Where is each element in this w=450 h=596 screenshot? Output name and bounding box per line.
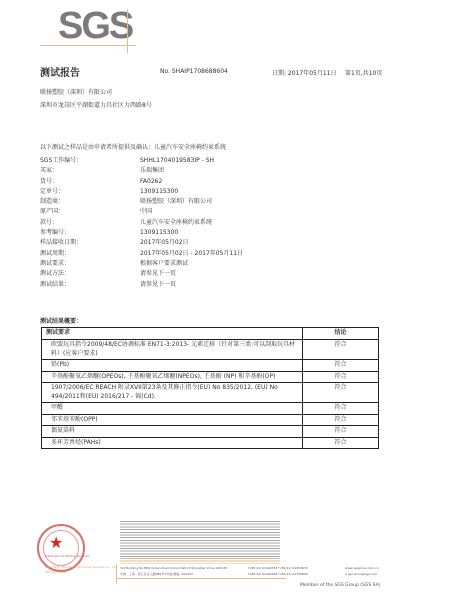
info-label: 原产国： (40, 207, 140, 217)
page-indicator: 第1页,共10页 (345, 68, 382, 77)
info-label: 货号： (40, 177, 140, 187)
info-value: 联扬塑胶（深圳）有限公司 (140, 197, 420, 207)
info-value: 请参见下一页 (140, 269, 420, 279)
applicant-address: 深圳市龙岗区平湖街道力昌社区力西路8号 (40, 100, 152, 109)
footer-phone-en: t (86-21) 61402553 f (86-21) 64953679 (248, 566, 308, 570)
conclusion-cell: 符合 (303, 414, 379, 426)
conclusion-cell: 符合 (303, 437, 379, 449)
info-value: 乐瑞集团 (140, 166, 420, 176)
info-label: 款号： (40, 218, 140, 228)
seal-caption-line2: Testing Center (45, 570, 67, 574)
requirement-cell: 甲醛 (42, 403, 303, 415)
sample-intro: 以下测试之样品是由申请者所提供及确认：儿童汽车安全座椅约束系统 (40, 142, 226, 151)
conclusion-cell: 符合 (303, 383, 379, 403)
info-label: 定单号： (40, 187, 140, 197)
requirement-cell: 邻苯基苯酚(OPP) (42, 414, 303, 426)
info-label: 测试周期： (40, 249, 140, 259)
info-value: 2017年05月02日 (140, 238, 420, 248)
info-label: 参考编号： (40, 228, 140, 238)
requirement-cell: 铅(Pb) (42, 360, 303, 372)
disclaimer-text: Unless otherwise agreed in writing, this… (120, 521, 280, 557)
footer-website: www.sgsgroup.com.cn (345, 566, 379, 570)
info-row-test-period: 测试周期： 2017年05月02日 - 2017年05月11日 (40, 249, 420, 259)
info-row-test-requirement: 测试要求： 根据客户要求测试 (40, 259, 420, 269)
info-value: 根据客户要求测试 (140, 259, 420, 269)
info-label: 测试方法： (40, 269, 140, 279)
info-label: 测试要求： (40, 259, 140, 269)
seal-caption-line1: SGS-CSTC Standards Technical Services Co… (45, 565, 118, 569)
info-value: 2017年05月02日 - 2017年05月11日 (140, 249, 420, 259)
footer-email: e sgs.china@sgs.com (345, 572, 377, 576)
info-value: 1309115300 (140, 187, 420, 197)
seal-center-text: Inspection & Testing Services (45, 554, 89, 558)
star-icon: ★ (49, 535, 63, 551)
table-row: 辛基酚聚氧乙烯醚(OPEOs), 壬基酚聚氧乙烯醚(NPEOs), 壬基酚 (N… (42, 371, 379, 383)
footer-address-cn: 中国 · 上海 · 徐汇区宜山路889号3号楼 邮编: 200233 (120, 572, 193, 576)
info-row-reference-no: 参考编号： 1309115300 (40, 228, 420, 238)
table-row: 铅(Pb) 符合 (42, 360, 379, 372)
logo-vertical-rule (127, 9, 128, 53)
sgs-logo: SGS (40, 6, 136, 50)
info-row-received-date: 样品接收日期： 2017年05月02日 (40, 238, 420, 248)
footer-vertical-rule (116, 564, 117, 584)
summary-heading: 测试结果概要： (40, 316, 82, 325)
sgs-logo-text: SGS (58, 6, 132, 46)
requirement-cell: 偶氮染料 (42, 426, 303, 438)
footer-address-en: 3rd Building No.889 Yishan Road Xuhui Di… (120, 566, 227, 570)
results-table: 测试要求 结论 欧盟玩具指令2009/48/EC协调标准 EN71-3:2013… (41, 327, 379, 449)
column-header-requirement: 测试要求 (42, 328, 303, 340)
info-value: 儿童汽车安全座椅约束系统 (140, 218, 420, 228)
info-row-buyer: 买家： 乐瑞集团 (40, 166, 420, 176)
table-header-row: 测试要求 结论 (42, 328, 379, 340)
info-row-style-no: 款号： 儿童汽车安全座椅约束系统 (40, 218, 420, 228)
info-row-test-method: 测试方法： 请参见下一页 (40, 269, 420, 279)
info-row-job-no: SGS工作编号： SHHL1704019583IP - SH (40, 156, 420, 166)
report-number: No. SHAIP1708688604 (160, 68, 228, 75)
requirement-cell: 辛基酚聚氧乙烯醚(OPEOs), 壬基酚聚氧乙烯醚(NPEOs), 壬基酚 (N… (42, 371, 303, 383)
info-row-order-no: 定单号： 1309115300 (40, 187, 420, 197)
info-value: 1309115300 (140, 228, 420, 238)
info-label: 制造商： (40, 197, 140, 207)
report-date: 日期: 2017年05月11日 (272, 68, 336, 77)
info-value: 中国 (140, 207, 420, 217)
info-label: SGS工作编号： (40, 156, 140, 166)
info-label: 样品接收日期： (40, 238, 140, 248)
footer-phone-cn: t (86-21) 61402666 f (86-21) 61156899 (248, 572, 308, 576)
info-value: FA0262 (140, 177, 420, 187)
table-row: 邻苯基苯酚(OPP) 符合 (42, 414, 379, 426)
info-row-origin: 原产国： 中国 (40, 207, 420, 217)
conclusion-cell: 符合 (303, 403, 379, 415)
conclusion-cell: 符合 (303, 360, 379, 372)
info-row-test-result: 测试结果： 请参见下一页 (40, 280, 420, 290)
conclusion-cell: 符合 (303, 340, 379, 360)
info-label: 买家： (40, 166, 140, 176)
table-row: 1907/2006/EC REACH 附录XVII第23条及其修正指令(EU) … (42, 383, 379, 403)
conclusion-cell: 符合 (303, 371, 379, 383)
requirement-cell: 1907/2006/EC REACH 附录XVII第23条及其修正指令(EU) … (42, 383, 303, 403)
conclusion-cell: 符合 (303, 426, 379, 438)
table-row: 多环芳香烃(PAHs) 符合 (42, 437, 379, 449)
table-row: 欧盟玩具指令2009/48/EC协调标准 EN71-3:2013- 元素迁移（针… (42, 340, 379, 360)
document-title: 测试报告 (40, 64, 80, 79)
info-value: 请参见下一页 (140, 280, 420, 290)
sgs-member-note: Member of the SGS Group (SGS SA) (300, 583, 380, 588)
info-value: SHHL1704019583IP - SH (140, 156, 420, 166)
requirement-cell: 多环芳香烃(PAHs) (42, 437, 303, 449)
sample-info: SGS工作编号： SHHL1704019583IP - SH 买家： 乐瑞集团 … (40, 156, 420, 290)
requirement-cell: 欧盟玩具指令2009/48/EC协调标准 EN71-3:2013- 元素迁移（针… (42, 340, 303, 360)
footer-rule (116, 578, 286, 579)
info-row-item-no: 货号： FA0262 (40, 177, 420, 187)
applicant-name: 联扬塑胶（深圳）有限公司 (40, 87, 112, 96)
table-row: 甲醛 符合 (42, 403, 379, 415)
disclaimer-attention (120, 558, 280, 564)
info-row-manufacturer: 制造商： 联扬塑胶（深圳）有限公司 (40, 197, 420, 207)
info-label: 测试结果： (40, 280, 140, 290)
logo-horizontal-rule (40, 45, 136, 46)
table-row: 偶氮染料 符合 (42, 426, 379, 438)
column-header-conclusion: 结论 (303, 328, 379, 340)
